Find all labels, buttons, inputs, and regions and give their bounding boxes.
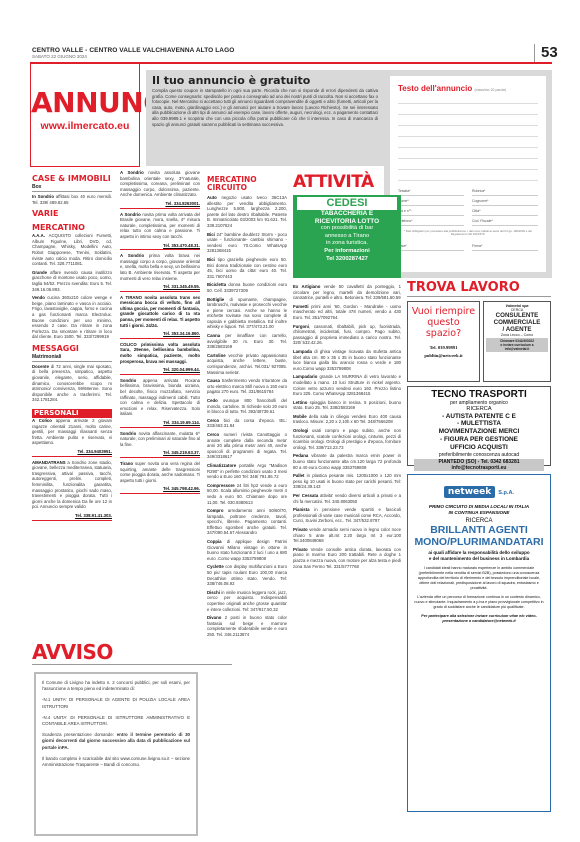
netweek-intro: IN CONTINUA ESPANSIONE xyxy=(413,510,545,516)
ad-lead: Auto xyxy=(207,195,217,200)
coupon-title: Il tuo annuncio è gratuito xyxy=(152,74,310,87)
ad-text: negozio usato Iveco 35C13A allestito per… xyxy=(207,195,287,228)
ad-lead: A TIRANO xyxy=(120,295,142,300)
text-line[interactable] xyxy=(398,159,538,170)
valmetal-contact: Chiamare 0342/493022 o inviare curriculu… xyxy=(486,338,548,352)
classified-ad: Cedo ovunque 800 francobolli del mondo, … xyxy=(207,398,287,415)
ad-text: ovunque 800 francobolli del mondo, carto… xyxy=(207,398,287,414)
ad-lead: A Sondrio xyxy=(120,253,144,258)
ad-lead: Docente xyxy=(32,364,49,369)
ad-phone: Tel. 353.470.48.31. xyxy=(120,243,200,251)
classified-ad: Causa trasferimento vendo trituratore da… xyxy=(207,378,287,395)
ad-phone: Tel. 345.798.42.96. xyxy=(120,486,200,494)
classified-ad: Fumetti primi anni '60, Gordon - Mandrak… xyxy=(293,304,401,321)
ad-text: tipo graziella pieghevole euro 50. Bici … xyxy=(207,257,287,279)
classified-ad: Pianista in pensione vende spartiti e fa… xyxy=(293,507,401,524)
ad-text: vende armadio semi nuovo in legno color … xyxy=(293,527,401,543)
classified-ad: Climatizzatore portatile Argo "Madison R… xyxy=(207,463,287,480)
classified-ad: Cyclette con display multifunzioni a Eur… xyxy=(207,564,287,586)
avviso-paragraph: -N.1 UNITA' DI PERSONALE DI AGENTE DI PO… xyxy=(42,697,190,709)
classified-ad: Per Cessata attivita' vendo diversi arti… xyxy=(293,493,401,504)
ad-text: ACQUISTO collezioni Fumetti, Album Figur… xyxy=(32,233,112,266)
ad-lead: Lettino xyxy=(293,400,307,405)
ad-lead: Dischi xyxy=(207,590,220,595)
ad-lead: Bicicletta xyxy=(207,282,226,287)
classified-ad: Lettino spiaggia bianco in resina. 5 pos… xyxy=(293,400,401,411)
ad-lead: Compressore xyxy=(207,483,235,488)
valmetal-email[interactable]: info@valmetal.it xyxy=(487,347,547,351)
classified-ad: A Sondrio prima volta brava nei massaggi… xyxy=(120,253,200,281)
classified-ad: A.A.A. ACQUISTO collezioni Fumetti, Albu… xyxy=(32,233,112,267)
ad-phone: Tel. 331.345.49.55. xyxy=(120,284,200,292)
ad-lead: Sondrio xyxy=(120,378,136,383)
ad-lead: Divano xyxy=(207,615,221,620)
field-citta[interactable]: Città* xyxy=(472,206,538,216)
ad-lead: Vendo xyxy=(32,295,45,300)
classified-ad: Bicicletta donna buone condizioni euro 5… xyxy=(207,282,287,293)
tecno-role: - MULETTISTA xyxy=(408,420,550,428)
text-line[interactable] xyxy=(398,148,538,159)
section-avviso: AVVISO xyxy=(32,640,113,664)
section-mercatino-circuito: MERCATINO CIRCUITO xyxy=(207,176,287,192)
ad-text: trasferimento vendo trituratore da orto … xyxy=(207,378,287,394)
classified-ad: Sondrio novita affascinante, mulatta 6^ … xyxy=(120,431,200,448)
netweek-paragraph: L'azienda offre un percorso di formazion… xyxy=(413,595,545,610)
ad-lead: Causa xyxy=(207,378,220,383)
ad-lead: Coppia xyxy=(207,539,222,544)
classified-ad: Cartoline vecchie privato appassionato a… xyxy=(207,353,287,375)
netweek-logo: netweek xyxy=(444,486,495,498)
classified-ad: Cerco numeri rivista Canottaggio o annat… xyxy=(207,432,287,460)
page-number: 53 xyxy=(534,44,558,62)
vuoi-line: Vuoi riempire xyxy=(408,306,479,317)
ad-text: della sala in ciliegio vendesi Euro 400 … xyxy=(293,414,401,425)
netweek-ad: netweekS.p.A. PRIMO CIRCUITO DI MEDIA LO… xyxy=(407,474,551,812)
ad-lead: Cerco xyxy=(207,418,219,423)
tecno-role: UFFICIO ACQUISTI xyxy=(408,444,550,452)
form-title: Testo dell'annuncio (massimo 20 parole) xyxy=(398,84,538,93)
field-telefono[interactable]: Telefono* xyxy=(398,216,464,226)
avviso-notice: Il Comune di Livigno ha indetto n. 2 con… xyxy=(34,672,198,836)
ad-phone: Tel. 334.8263001. xyxy=(120,201,200,209)
classified-ad: A TIRANO novita assoluta trans sex messi… xyxy=(120,295,200,329)
classified-ad: Canna per innaffiare con carrello, avvol… xyxy=(207,333,287,350)
field-data[interactable]: Data* xyxy=(398,241,464,251)
ad-lead: Per Cessata xyxy=(293,493,318,498)
ad-lead: Grande xyxy=(32,270,47,275)
tecno-role: MOVIMENTAZIONE MERCI xyxy=(408,428,550,436)
field-nome[interactable]: Nome* xyxy=(398,196,464,206)
section-divider xyxy=(32,664,232,665)
classified-ad: AMANDATRANS a Sondrio zone stadio, giova… xyxy=(32,460,112,510)
classified-ad: Docente di 72 anni, single mai sposato, … xyxy=(32,364,112,403)
ad-lead: AMANDATRANS xyxy=(32,460,66,465)
ad-text: di spumante, champagne, lambruschi, malv… xyxy=(207,297,287,330)
avviso-paragraph: Il bando completo è scaricabile dal sito… xyxy=(42,756,190,768)
classified-ad: Coppia di applique design Patrini Giovan… xyxy=(207,539,287,561)
classified-ad: Compro arredamento anni 50/60/70, lampad… xyxy=(207,508,287,536)
section-personali: PERSONALI xyxy=(32,409,112,418)
ad-lead: A.A.A. xyxy=(32,233,45,238)
field-testata[interactable]: Testata* xyxy=(398,186,464,196)
text-line[interactable] xyxy=(398,126,538,137)
ad-text: in plastica pesante mis. 1200x1000 x 120… xyxy=(293,473,401,489)
classified-ad: Furgoni, cassonati, ribaltabili, pick up… xyxy=(293,324,401,346)
netweek-apply: Per partecipare alla selezione inviare c… xyxy=(413,614,545,624)
ad-phone: Tel. 338.91.41.303. xyxy=(32,513,112,521)
classified-ad: Mobile della sala in ciliegio vendesi Eu… xyxy=(293,414,401,425)
ad-lead: Cartoline xyxy=(207,353,226,358)
text-line[interactable] xyxy=(398,137,538,148)
classified-ad: Pedana vibrante da palestra marca emin p… xyxy=(293,453,401,470)
ad-lead: Privato xyxy=(293,547,308,552)
classified-ad: In Sondrio affittasi box 40 euro mensili… xyxy=(32,194,112,205)
ad-text: appena arrivata Roxana bellissima, bravi… xyxy=(120,378,200,417)
ad-text: novita assoluta trans sex messicana bocc… xyxy=(120,295,200,328)
coupon-form: Testo dell'annuncio (massimo 20 parole) … xyxy=(390,76,546,272)
ad-lead: Furgoni xyxy=(293,324,309,329)
ad-text: a Sondrio zone stadio, giovane, bellezza… xyxy=(32,460,112,510)
ad-text: 24" bambine doublezz Storm - poco usate … xyxy=(207,232,287,254)
tecno-role: - AUTISTA PATENTE C E xyxy=(408,413,550,421)
section-messaggi: MESSAGGI xyxy=(32,344,112,354)
netweek-logo-row: netweekS.p.A. xyxy=(413,481,545,499)
tecno-contact: PIANTEDO (SO) - Tel. 0342 683281 info@te… xyxy=(414,459,544,471)
section-varie: VARIE xyxy=(32,209,112,219)
valmetal-role: COMMERCIALE xyxy=(484,319,550,326)
subsection-matrimoniali: Matrimoniali xyxy=(32,354,112,362)
cedesi-line: RICEVITORIA LOTTO xyxy=(293,218,401,226)
ad-lead: Bici xyxy=(207,257,215,262)
classified-ad: A Sondrio novita prima volta arrivata de… xyxy=(120,212,200,240)
cedesi-line: con possibilità di bar xyxy=(293,225,401,233)
ad-lead: Compro xyxy=(207,508,223,513)
netweek-spa: S.p.A. xyxy=(498,490,514,496)
vuoi-phone: Tel. 039.99891 xyxy=(408,345,479,352)
form-title-note: (massimo 20 parole) xyxy=(474,88,506,92)
ad-phone: Tel. 345.219.63.37. xyxy=(120,450,200,458)
section-attivita: ATTIVITÀ xyxy=(293,172,374,192)
column-2: A Sondrio novita assoluta giovane bambol… xyxy=(120,170,200,497)
annunci-logo: ANNUNCI www.ilmercato.eu xyxy=(30,64,140,167)
privacy-note: * Dati obbligatori per procedere alla pu… xyxy=(398,230,538,237)
classified-ad: A Sondrio novita assoluta giovane bambol… xyxy=(120,170,200,198)
column-1: CASE & IMMOBILI Box In Sondrio affittasi… xyxy=(32,170,112,524)
ad-text: spiaggia bianco in resina. 5 posizioni, … xyxy=(293,400,401,411)
ad-text: di 72 anni, single mai sposato, di bella… xyxy=(32,364,112,403)
avviso-deadline: Scadenza presentazione domande: entro il… xyxy=(42,732,190,751)
classified-ad: Divano 2 posti in buono stato color fant… xyxy=(207,615,287,637)
field-firma[interactable]: Firma* xyxy=(472,241,538,251)
vuoi-line: questo xyxy=(408,317,479,328)
ad-lead: A Sondrio xyxy=(120,212,141,217)
ad-lead: Bottiglie xyxy=(207,297,224,302)
ad-lead: Sondrio xyxy=(120,431,136,436)
ad-lead: Lampada xyxy=(293,349,312,354)
netweek-desc: e del mantenimento del business in Lomba… xyxy=(413,556,545,562)
vuoi-riempire-ad: Vuoi riempire questo spazio? Tel. 039.99… xyxy=(407,301,480,382)
classified-ad: Compressore 24 litri hp2 vende a euro 50… xyxy=(207,483,287,505)
section-mercatino: MERCATINO xyxy=(32,223,112,233)
netweek-role: MONO/PLURIMANDATARI xyxy=(413,536,545,548)
ad-lead: Cerco xyxy=(207,432,219,437)
avviso-paragraph: -N.4 UNITA' DI PERSONALE DI ISTRUTTORE A… xyxy=(42,715,190,727)
cedesi-line: Per informazioni xyxy=(293,248,401,256)
classified-ad: Pallet in plastica pesante mis. 1200x100… xyxy=(293,473,401,490)
ad-lead: Pianista xyxy=(293,507,309,512)
cedesi-ad: CEDESI TABACCHERIA E RICEVITORIA LOTTO c… xyxy=(293,195,401,278)
ad-text: vibrante da palestra marca emin power in… xyxy=(293,453,401,469)
classified-ad: A Colico appena arrivate 2 giovani ragaz… xyxy=(32,418,112,446)
tecno-ricerca: RICERCA xyxy=(408,406,550,413)
text-line[interactable] xyxy=(398,115,538,126)
text-line[interactable] xyxy=(398,93,538,104)
ad-lead: Bici xyxy=(207,232,215,237)
netweek-role: BRILLANTI AGENTI xyxy=(413,524,545,536)
cedesi-title: CEDESI xyxy=(297,197,397,210)
classified-ad: Dischi in vinile musica leggera rock, ja… xyxy=(207,590,287,612)
ad-lead: COLICO xyxy=(120,342,137,347)
cedesi-line: annesso a Tirano xyxy=(293,233,401,241)
tecno-email[interactable]: info@tecnotrasporti.eu xyxy=(414,465,544,471)
vuoi-email[interactable]: publiin@netweek.it xyxy=(408,353,479,360)
classified-ad: Privato Vende consolle antica dorata, la… xyxy=(293,547,401,569)
ad-text: in vinile musica leggera rock, jazz, cer… xyxy=(207,590,287,612)
ad-lead: Mobile xyxy=(293,414,307,419)
ad-lead: Cedo xyxy=(207,398,218,403)
field-codice-fiscale[interactable]: Cod. Fiscale* xyxy=(472,216,538,226)
ad-lead: Canna xyxy=(207,333,220,338)
ad-lead: A Colico xyxy=(32,418,52,423)
valmetal-role: / AGENTE xyxy=(484,326,550,333)
text-line[interactable] xyxy=(398,170,538,181)
tecno-title: TECNO TRASPORTI xyxy=(408,389,550,400)
field-cognome[interactable]: Cognome* xyxy=(472,196,538,206)
tecno-pref: preferibilmente conoscenza autocad xyxy=(408,452,550,458)
ad-phone: Tel. 334.19.69.114. xyxy=(120,420,200,428)
ad-lead: Lampadario xyxy=(293,374,317,379)
logo-url[interactable]: www.ilmercato.eu xyxy=(31,120,139,132)
form-title-text: Testo dell'annuncio xyxy=(398,84,472,93)
logo-title: ANNUNCI xyxy=(31,88,139,118)
netweek-paragraph: I candidati ideali hanno maturato esperi… xyxy=(413,566,545,591)
ad-text: cucina 360x210 colore wenge e beige, pia… xyxy=(32,295,112,339)
cedesi-line: TABACCHERIA E xyxy=(293,210,401,218)
ad-text: usati compro e pago subito, anche non fu… xyxy=(293,428,401,450)
ad-text: in pensione vende spartiti e fascicoli p… xyxy=(293,507,401,523)
ad-lead: Privato xyxy=(293,527,308,532)
ad-lead: Cyclette xyxy=(207,564,224,569)
ad-phone: Tel. 320.04.999.44. xyxy=(120,367,200,375)
coupon-instructions: Compila questo coupon in stampatello in … xyxy=(152,88,378,127)
classified-ad: Tirano super novita una vera regina del … xyxy=(120,461,200,483)
classified-ad: Lampadario grande LA MURRINA di vetro la… xyxy=(293,374,401,396)
classified-ad: Privato vende armadio semi nuovo in legn… xyxy=(293,527,401,544)
ad-lead: Orologi xyxy=(293,428,308,433)
classified-ad: Lampada di ghisa vintage ricavata da stu… xyxy=(293,349,401,371)
avviso-deadline-label: Scadenza presentazione domande: xyxy=(42,732,117,737)
classified-ad: Bici tipo graziella pieghevole euro 50. … xyxy=(207,257,287,279)
vuoi-line: spazio? xyxy=(408,328,479,339)
classified-ad: Auto negozio usato Iveco 35C13A allestit… xyxy=(207,195,287,229)
section-divider xyxy=(407,296,551,297)
classified-ad: Sondrio appena arrivata Roxana bellissim… xyxy=(120,378,200,417)
classified-ad: Orologi usati compro e pago subito, anch… xyxy=(293,428,401,450)
valmetal-ad: Valmetal spa CERCA CONSULENTE COMMERCIAL… xyxy=(483,301,551,382)
classified-ad: Grande affare svendo causa inutilizzo gi… xyxy=(32,270,112,292)
classified-ad: Ex Artigiano vende 50 cavalletti da pont… xyxy=(293,284,401,301)
cedesi-line: in zona turistica. xyxy=(293,240,401,248)
ad-text: bici da corsa d'epoca. tEL: 333/463.31.8… xyxy=(207,418,287,429)
ad-lead: Ex Artigiano xyxy=(293,284,320,289)
cedesi-phone: Tel 3200287427 xyxy=(293,256,401,264)
classified-ad: COLICO primissima volta assoluta Sara, 2… xyxy=(120,342,200,364)
valmetal-zone: Zona Lecco – Como xyxy=(484,333,550,337)
field-rubrica[interactable]: Rubrica* xyxy=(472,186,538,196)
classified-ad: Cerco bici da corsa d'epoca. tEL: 333/46… xyxy=(207,418,287,429)
ad-lead: Pallet xyxy=(293,473,304,478)
column-3: MERCATINO CIRCUITO Auto negozio usato Iv… xyxy=(207,172,287,641)
ad-lead: Tirano xyxy=(120,461,133,466)
ad-text: , cassonati, ribaltabili, pick up, fuori… xyxy=(293,324,401,346)
ad-text: Vende consolle antica dorata, lavorata c… xyxy=(293,547,401,569)
field-via[interactable]: Via e n°* xyxy=(398,206,464,216)
ad-lead: Fumetti xyxy=(293,304,309,309)
ad-text: numeri rivista Canottaggio o annate comp… xyxy=(207,432,287,459)
ad-lead: A Sondrio xyxy=(120,170,144,175)
text-line[interactable] xyxy=(398,104,538,115)
classified-ad: Bottiglie di spumante, champagne, lambru… xyxy=(207,297,287,331)
ad-phone: Tel. 334.9403951. xyxy=(32,449,112,457)
valmetal-role: CONSULENTE xyxy=(484,312,550,319)
avviso-paragraph: Il Comune di Livigno ha indetto n. 2 con… xyxy=(42,680,190,692)
ad-text: primi anni '60, Gordon - Mandrake - uomo… xyxy=(293,304,401,320)
column-4: Ex Artigiano vende 50 cavalletti da pont… xyxy=(293,284,401,572)
classified-ad: Bici 24" bambine doublezz Storm - poco u… xyxy=(207,232,287,254)
section-case-immobili: CASE & IMMOBILI xyxy=(32,174,112,184)
tecno-role: - FIGURA PER GESTIONE xyxy=(408,436,550,444)
issue-date: SABATO 22 GIUGNO 2024 xyxy=(32,54,87,59)
tecno-trasporti-ad: TECNO TRASPORTI per ampliamento organico… xyxy=(407,386,551,466)
ad-lead: Climatizzatore xyxy=(207,463,236,468)
classified-ad: Vendo cucina 360x210 colore wenge e beig… xyxy=(32,295,112,340)
ad-lead: Pedana xyxy=(293,453,308,458)
ad-lead: In Sondrio xyxy=(32,194,54,199)
section-header: CENTRO VALLE - CENTRO VALLE VALCHIAVENNA… xyxy=(32,47,234,54)
section-trova-lavoro: TROVA LAVORO xyxy=(407,280,520,295)
subsection-box: Box xyxy=(32,184,112,192)
ad-phone: Tel. 353.34.16.860. xyxy=(120,331,200,339)
